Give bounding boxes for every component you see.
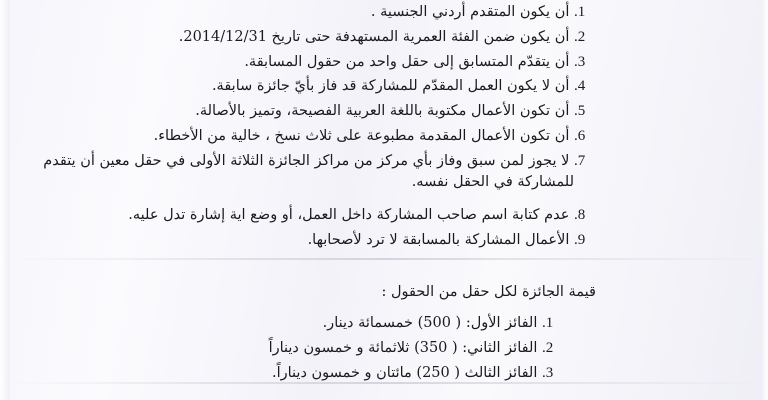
item-text: الفائز الأول: ( 500) خمسمائة دينار. [323,313,538,333]
prize-item: .3 الفائز الثالث ( 250) مائتان و خمسون د… [272,363,568,383]
scanned-document: .1 أن يكون المتقدم أردني الجنسية . .2 أن… [0,0,768,400]
item-number: .3 [542,363,568,383]
item-number: .2 [574,27,600,47]
item-number: .6 [574,126,600,146]
condition-item: .6 أن تكون الأعمال المقدمة مطبوعة على ثل… [154,126,600,146]
item-text: أن تكون الأعمال مكتوبة باللغة العربية ال… [195,101,569,121]
item-number: .3 [574,52,600,72]
item-number: .8 [574,205,600,225]
condition-item: .1 أن يكون المتقدم أردني الجنسية . [371,2,600,22]
item-text: أن يكون ضمن الفئة العمرية المستهدفة حتى … [179,27,570,47]
item-number: .1 [574,2,600,22]
item-text: أن يكون المتقدم أردني الجنسية . [371,2,570,22]
item-text: عدم كتابة اسم صاحب المشاركة داخل العمل، … [128,205,569,225]
item-number: .5 [574,101,600,121]
item-number: .2 [542,338,568,358]
item-text: أن لا يكون العمل المقدّم للمشاركة قد فاز… [212,76,569,96]
condition-item: .7 لا يجوز لمن سبق وفاز بأي مركز من مراك… [43,151,600,171]
item-number: .1 [542,313,568,333]
prize-item: .2 الفائز الثاني: ( 350) ثلاثمائة و خمسو… [269,338,568,358]
item-text: الأعمال المشاركة بالمسابقة لا ترد لأصحاب… [308,230,570,250]
condition-item: .3 أن يتقدّم المتسابق إلى حقل واحد من حق… [244,52,600,72]
item-text: أن تكون الأعمال المقدمة مطبوعة على ثلاث … [154,126,570,146]
item-text: الفائز الثالث ( 250) مائتان و خمسون دينا… [272,363,537,383]
item-number: .7 [574,151,600,171]
prize-heading: قيمة الجائزة لكل حقل من الحقول : [381,284,596,300]
condition-item: .5 أن تكون الأعمال مكتوبة باللغة العربية… [195,101,600,121]
prize-item: .1 الفائز الأول: ( 500) خمسمائة دينار. [323,313,568,333]
item-text: لا يجوز لمن سبق وفاز بأي مركز من مراكز ا… [43,151,569,171]
condition-item: .9 الأعمال المشاركة بالمسابقة لا ترد لأص… [308,230,600,250]
condition-item: .2 أن يكون ضمن الفئة العمرية المستهدفة ح… [179,27,600,47]
item-text-continuation: للمشاركة في الحقل نفسه. [412,174,574,190]
item-text: أن يتقدّم المتسابق إلى حقل واحد من حقول … [244,52,569,72]
item-number: .9 [574,230,600,250]
condition-item: .8 عدم كتابة اسم صاحب المشاركة داخل العم… [128,205,600,225]
condition-item: .4 أن لا يكون العمل المقدّم للمشاركة قد … [212,76,600,96]
item-text: الفائز الثاني: ( 350) ثلاثمائة و خمسون د… [269,338,538,358]
item-number: .4 [574,76,600,96]
